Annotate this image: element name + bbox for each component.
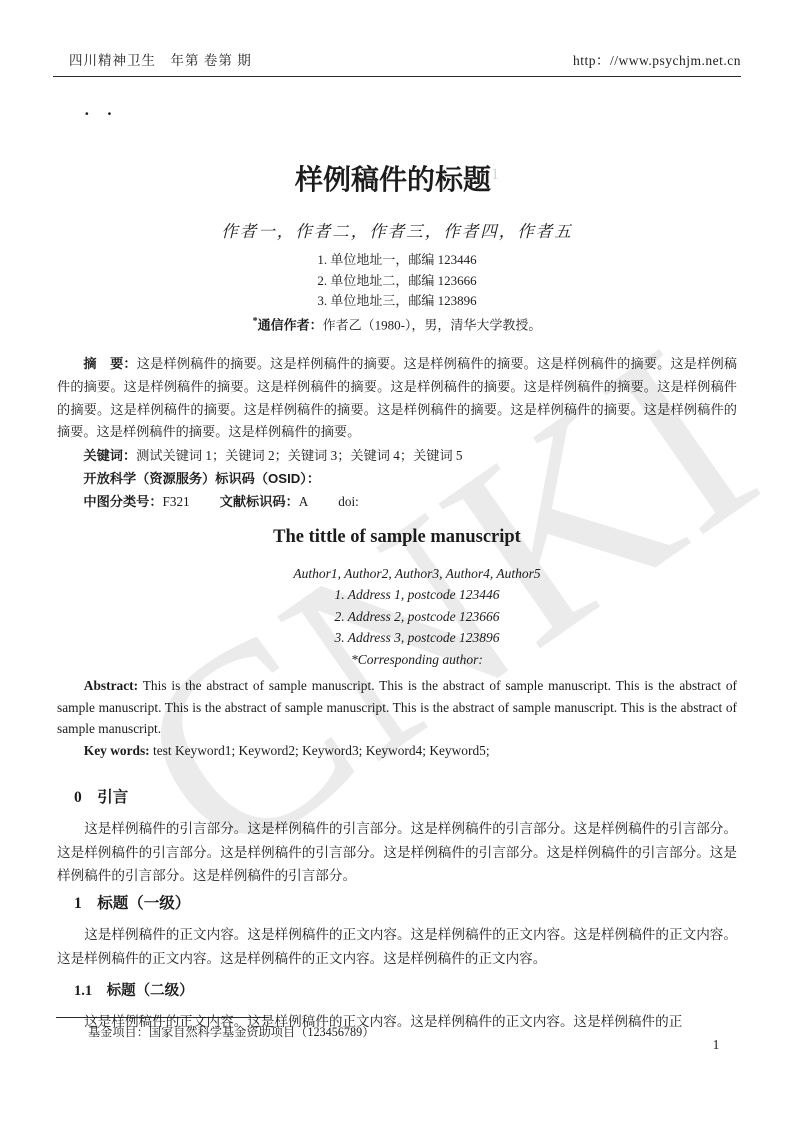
section-body-1: 这是样例稿件的正文内容。这是样例稿件的正文内容。这是样例稿件的正文内容。这是样例… xyxy=(57,923,737,970)
title-footnote-marker: 1 xyxy=(491,166,499,183)
title-cn: 样例稿件的标题1 xyxy=(56,155,738,200)
doc-code-label: 文献标识码： xyxy=(220,494,299,509)
keywords-en-label: Key words: xyxy=(84,743,150,758)
abstract-cn: 摘 要：这是样例稿件的摘要。这是样例稿件的摘要。这是样例稿件的摘要。这是样例稿件… xyxy=(57,353,737,443)
authors-cn: 作者一，作者二，作者三，作者四，作者五 xyxy=(0,220,794,244)
section-heading-1-1: 1.1 标题（二级） xyxy=(57,980,737,1002)
section-heading-intro: 0 引言 xyxy=(57,787,737,809)
title-cn-text: 样例稿件的标题 xyxy=(295,164,491,195)
clc-line: 中图分类号：F321文献标识码：Adoi: xyxy=(57,490,737,513)
corresponding-author-cn: *通信作者：作者乙（1980-），男，清华大学教授。 xyxy=(0,312,794,336)
article-type-dots: ·· xyxy=(84,105,794,123)
section-number: 1.1 xyxy=(74,983,92,999)
affiliation-en-2: 2. Address 2, postcode 123666 xyxy=(0,606,794,628)
keywords-cn-text: 测试关键词 1；关键词 2；关键词 3；关键词 4；关键词 5 xyxy=(136,448,462,463)
abstract-en: Abstract: This is the abstract of sample… xyxy=(57,675,737,740)
section-heading-1: 1 标题（一级） xyxy=(57,893,737,915)
page-content: 四川精神卫生 年第 卷第 期 http：//www.psychjm.net.cn… xyxy=(0,0,794,1034)
section-body-1-1: 这是样例稿件的正文内容。这是样例稿件的正文内容。这是样例稿件的正文内容。这是样例… xyxy=(57,1010,737,1033)
osid-line: 开放科学（资源服务）标识码（OSID）： xyxy=(57,467,737,490)
abstract-cn-label: 摘 要： xyxy=(83,356,136,371)
clc-value: F321 xyxy=(163,494,190,509)
affiliation-en-1: 1. Address 1, postcode 123446 xyxy=(0,584,794,606)
abstract-cn-text: 这是样例稿件的摘要。这是样例稿件的摘要。这是样例稿件的摘要。这是样例稿件的摘要。… xyxy=(57,356,737,439)
keywords-cn-label: 关键词： xyxy=(83,448,136,463)
section-title: 标题（一级） xyxy=(97,895,190,912)
manuscript-page: CNKI 四川精神卫生 年第 卷第 期 http：//www.psychjm.n… xyxy=(0,0,794,1123)
section-body-intro: 这是样例稿件的引言部分。这是样例稿件的引言部分。这是样例稿件的引言部分。这是样例… xyxy=(57,817,737,887)
keywords-cn: 关键词：测试关键词 1；关键词 2；关键词 3；关键词 4；关键词 5 xyxy=(57,444,737,467)
journal-name: 四川精神卫生 年第 卷第 期 xyxy=(53,52,252,69)
affiliation-cn-3: 3. 单位地址三，邮编 123896 xyxy=(0,291,794,312)
corresponding-text: 作者乙（1980-），男，清华大学教授。 xyxy=(323,317,542,332)
corresponding-label: 通信作者： xyxy=(258,317,323,332)
affiliation-cn-2: 2. 单位地址二，邮编 123666 xyxy=(0,271,794,292)
section-title: 引言 xyxy=(97,789,128,806)
abstract-en-label: Abstract: xyxy=(84,678,138,693)
clc-label: 中图分类号： xyxy=(83,494,162,509)
section-number: 1 xyxy=(74,895,82,912)
section-title: 标题（二级） xyxy=(107,983,194,999)
authors-en: Author1, Author2, Author3, Author4, Auth… xyxy=(0,563,794,585)
affiliation-cn-1: 1. 单位地址一，邮编 123446 xyxy=(0,250,794,271)
journal-url: http：//www.psychjm.net.cn xyxy=(573,52,741,69)
doi-label: doi: xyxy=(338,494,359,509)
keywords-en-text: test Keyword1; Keyword2; Keyword3; Keywo… xyxy=(153,743,490,758)
section-number: 0 xyxy=(74,789,82,806)
affiliation-en-3: 3. Address 3, postcode 123896 xyxy=(0,627,794,649)
affiliations-cn: 1. 单位地址一，邮编 123446 2. 单位地址二，邮编 123666 3.… xyxy=(0,250,794,312)
title-en: The tittle of sample manuscript xyxy=(56,525,738,549)
keywords-en: Key words: test Keyword1; Keyword2; Keyw… xyxy=(57,740,737,762)
journal-header: 四川精神卫生 年第 卷第 期 http：//www.psychjm.net.cn xyxy=(53,0,741,77)
corresponding-author-en: *Corresponding author: xyxy=(0,649,794,671)
doc-code-value: A xyxy=(299,494,309,509)
osid-label: 开放科学（资源服务）标识码（OSID）： xyxy=(83,471,320,486)
abstract-en-text: This is the abstract of sample manuscrip… xyxy=(57,678,737,736)
page-number: 1 xyxy=(706,1037,726,1053)
